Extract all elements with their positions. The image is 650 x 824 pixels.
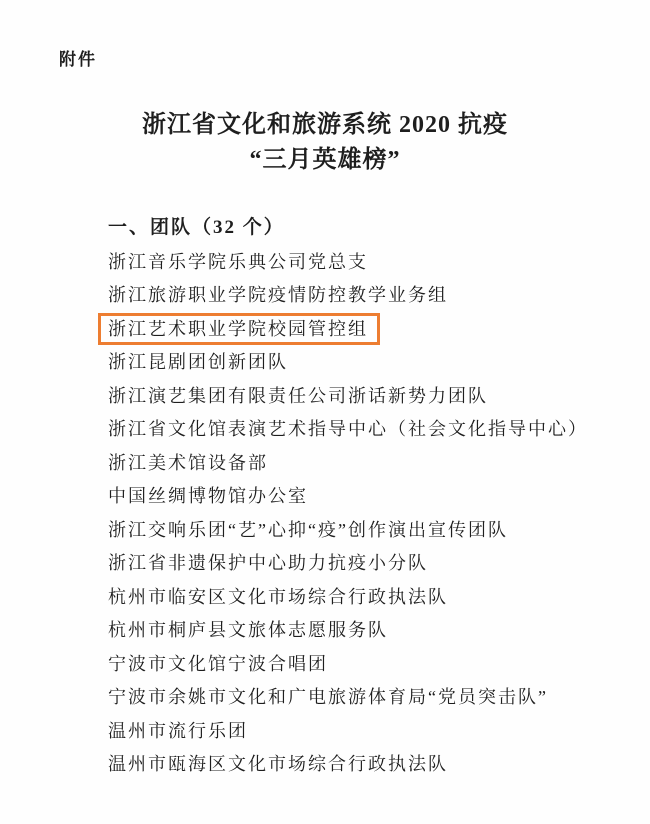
attachment-label: 附件 <box>59 45 97 70</box>
team-list: 浙江音乐学院乐典公司党总支浙江旅游职业学院疫情防控教学业务组浙江艺术职业学院校园… <box>108 245 610 781</box>
team-name: 浙江演艺集团有限责任公司浙话新势力团队 <box>108 384 488 408</box>
team-list-item: 浙江演艺集团有限责任公司浙话新势力团队 <box>108 379 610 413</box>
team-name: 浙江省非遗保护中心助力抗疫小分队 <box>108 551 428 575</box>
team-name: 杭州市临安区文化市场综合行政执法队 <box>108 585 448 609</box>
team-list-item: 浙江省非遗保护中心助力抗疫小分队 <box>108 547 610 581</box>
team-name: 温州市瓯海区文化市场综合行政执法队 <box>108 752 448 776</box>
team-name: 浙江音乐学院乐典公司党总支 <box>108 250 368 274</box>
team-list-item: 宁波市余姚市文化和广电旅游体育局“党员突击队” <box>108 681 610 715</box>
team-name: 浙江交响乐团“艺”心抑“疫”创作演出宣传团队 <box>108 518 508 542</box>
team-list-item: 温州市流行乐团 <box>108 714 610 748</box>
team-list-item: 杭州市临安区文化市场综合行政执法队 <box>108 580 610 614</box>
team-name: 浙江昆剧团创新团队 <box>108 350 288 374</box>
document-body: 一、团队（32 个） 浙江音乐学院乐典公司党总支浙江旅游职业学院疫情防控教学业务… <box>108 211 610 781</box>
team-list-item: 宁波市文化馆宁波合唱团 <box>108 647 610 681</box>
section-heading-teams: 一、团队（32 个） <box>108 211 610 245</box>
team-name: 浙江美术馆设备部 <box>108 451 268 475</box>
team-name: 宁波市文化馆宁波合唱团 <box>108 652 328 676</box>
team-list-item: 中国丝绸博物馆办公室 <box>108 480 610 514</box>
team-list-item: 浙江艺术职业学院校园管控组 <box>108 312 610 346</box>
team-name: 中国丝绸博物馆办公室 <box>108 484 308 508</box>
team-list-item: 浙江美术馆设备部 <box>108 446 610 480</box>
team-name: 浙江省文化馆表演艺术指导中心（社会文化指导中心） <box>108 417 588 441</box>
document-title-line2: “三月英雄榜” <box>250 147 401 173</box>
team-list-item: 浙江昆剧团创新团队 <box>108 346 610 380</box>
team-list-item: 浙江省文化馆表演艺术指导中心（社会文化指导中心） <box>108 413 610 447</box>
team-list-item: 浙江音乐学院乐典公司党总支 <box>108 245 610 279</box>
highlighted-team-name: 浙江艺术职业学院校园管控组 <box>98 313 380 345</box>
team-name: 浙江旅游职业学院疫情防控教学业务组 <box>108 283 448 307</box>
team-list-item: 杭州市桐庐县文旅体志愿服务队 <box>108 614 610 648</box>
team-name: 温州市流行乐团 <box>108 719 248 743</box>
document-title-line1: 浙江省文化和旅游系统 2020 抗疫 <box>142 112 508 138</box>
team-name: 宁波市余姚市文化和广电旅游体育局“党员突击队” <box>108 685 548 709</box>
team-list-item: 浙江交响乐团“艺”心抑“疫”创作演出宣传团队 <box>108 513 610 547</box>
team-list-item: 浙江旅游职业学院疫情防控教学业务组 <box>108 279 610 313</box>
document-title: 浙江省文化和旅游系统 2020 抗疫 “三月英雄榜” <box>0 108 650 178</box>
team-list-item: 温州市瓯海区文化市场综合行政执法队 <box>108 748 610 782</box>
document-page: 附件 浙江省文化和旅游系统 2020 抗疫 “三月英雄榜” 一、团队（32 个）… <box>0 0 650 824</box>
team-name: 杭州市桐庐县文旅体志愿服务队 <box>108 618 388 642</box>
